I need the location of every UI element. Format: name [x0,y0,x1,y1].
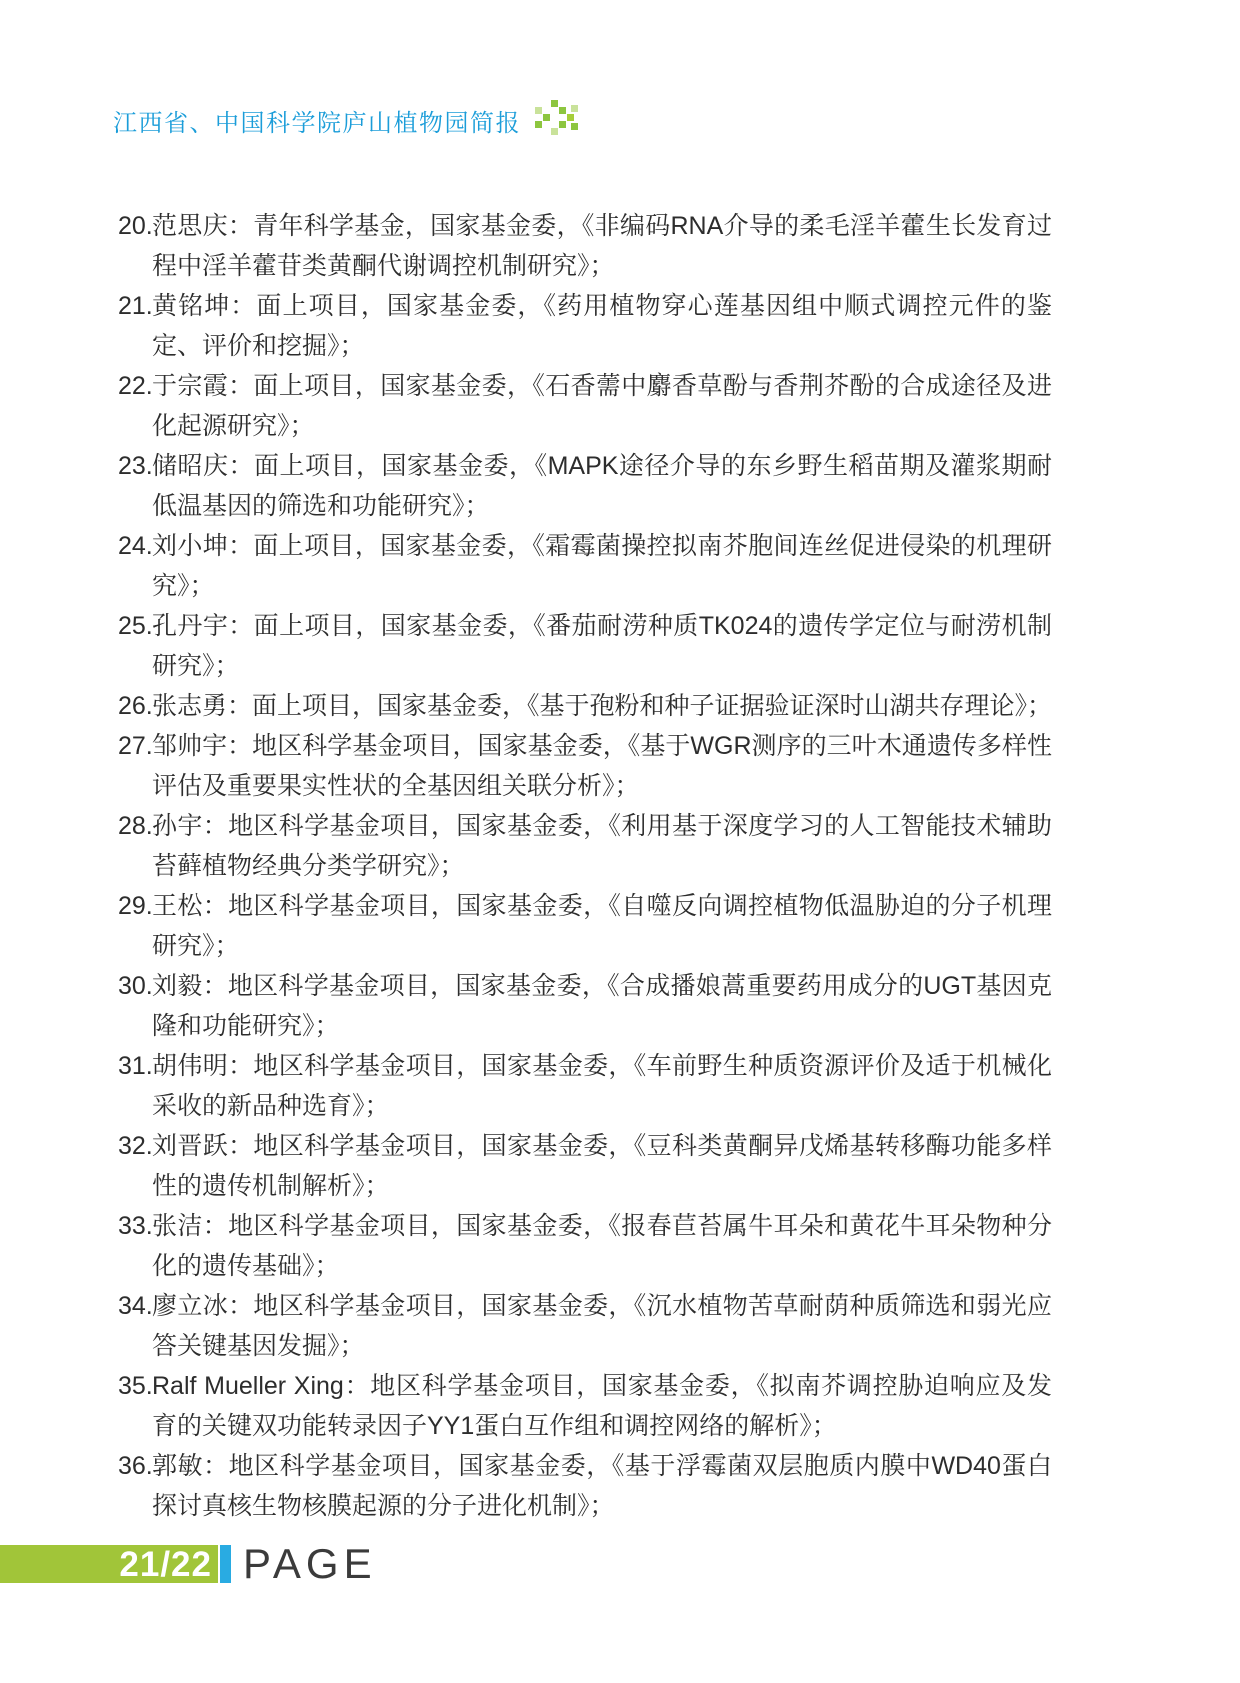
footer-blue-accent [220,1545,231,1583]
list-item: 35.Ralf Mueller Xing：地区科学基金项目，国家基金委，《拟南芥… [118,1366,1052,1446]
list-item: 32.刘晋跃：地区科学基金项目，国家基金委，《豆科类黄酮异戊烯基转移酶功能多样性… [118,1126,1052,1206]
item-text: 张洁：地区科学基金项目，国家基金委，《报春苣苔属牛耳朵和黄花牛耳朵物种分化的遗传… [152,1212,1052,1280]
page-title: 江西省、中国科学院庐山植物园简报 [113,103,521,138]
item-number: 29. [118,886,152,926]
item-number: 25. [118,606,152,646]
item-number: 31. [118,1046,152,1086]
list-item: 36.郭敏：地区科学基金项目，国家基金委，《基于浮霉菌双层胞质内膜中WD40蛋白… [118,1446,1052,1526]
item-text: 于宗霞：面上项目，国家基金委，《石香薷中麝香草酚与香荆芥酚的合成途径及进化起源研… [152,372,1052,440]
list-item: 25.孔丹宇：面上项目，国家基金委，《番茄耐涝种质TK024的遗传学定位与耐涝机… [118,606,1052,686]
item-number: 28. [118,806,152,846]
list-item: 21.黄铭坤：面上项目，国家基金委，《药用植物穿心莲基因组中顺式调控元件的鉴定、… [118,286,1052,366]
item-text: 孔丹宇：面上项目，国家基金委，《番茄耐涝种质TK024的遗传学定位与耐涝机制研究… [152,612,1052,680]
item-text: 孙宇：地区科学基金项目，国家基金委，《利用基于深度学习的人工智能技术辅助苔藓植物… [152,812,1052,880]
page-header: 江西省、中国科学院庐山植物园简报 [113,100,579,141]
item-number: 34. [118,1286,152,1326]
item-text: 黄铭坤：面上项目，国家基金委，《药用植物穿心莲基因组中顺式调控元件的鉴定、评价和… [152,292,1052,360]
page-label: PAGE [243,1543,377,1585]
list-item: 27.邹帅宇：地区科学基金项目，国家基金委，《基于WGR测序的三叶木通遗传多样性… [118,726,1052,806]
item-text: 刘小坤：面上项目，国家基金委，《霜霉菌操控拟南芥胞间连丝促进侵染的机理研究》； [152,532,1052,600]
footer-green-bar: 21/22 [0,1545,218,1583]
pixel-double-chevron-icon [535,100,579,141]
item-number: 30. [118,966,152,1006]
list-item: 20.范思庆：青年科学基金，国家基金委，《非编码RNA介导的柔毛淫羊藿生长发育过… [118,206,1052,286]
list-item: 22.于宗霞：面上项目，国家基金委，《石香薷中麝香草酚与香荆芥酚的合成途径及进化… [118,366,1052,446]
item-text: 刘毅：地区科学基金项目，国家基金委，《合成播娘蒿重要药用成分的UGT基因克隆和功… [152,972,1052,1040]
item-text: 邹帅宇：地区科学基金项目，国家基金委，《基于WGR测序的三叶木通遗传多样性评估及… [152,732,1052,800]
list-item: 24.刘小坤：面上项目，国家基金委，《霜霉菌操控拟南芥胞间连丝促进侵染的机理研究… [118,526,1052,606]
item-text: 张志勇：面上项目，国家基金委，《基于孢粉和种子证据验证深时山湖共存理论》； [152,692,1052,720]
item-text: 廖立冰：地区科学基金项目，国家基金委，《沉水植物苦草耐荫种质筛选和弱光应答关键基… [152,1292,1052,1360]
item-text: 胡伟明：地区科学基金项目，国家基金委，《车前野生种质资源评价及适于机械化采收的新… [152,1052,1052,1120]
item-number: 27. [118,726,152,766]
item-number: 26. [118,686,152,726]
item-text: 储昭庆：面上项目，国家基金委，《MAPK途径介导的东乡野生稻苗期及灌浆期耐低温基… [152,452,1052,520]
item-number: 20. [118,206,152,246]
item-text: Ralf Mueller Xing：地区科学基金项目，国家基金委，《拟南芥调控胁… [152,1372,1052,1440]
item-number: 24. [118,526,152,566]
item-number: 35. [118,1366,152,1406]
item-number: 23. [118,446,152,486]
item-text: 范思庆：青年科学基金，国家基金委，《非编码RNA介导的柔毛淫羊藿生长发育过程中淫… [152,212,1052,280]
list-item: 31.胡伟明：地区科学基金项目，国家基金委，《车前野生种质资源评价及适于机械化采… [118,1046,1052,1126]
item-number: 36. [118,1446,152,1486]
page-footer: 21/22 PAGE [0,1545,377,1583]
item-number: 32. [118,1126,152,1166]
item-text: 郭敏：地区科学基金项目，国家基金委，《基于浮霉菌双层胞质内膜中WD40蛋白探讨真… [152,1452,1052,1520]
item-text: 刘晋跃：地区科学基金项目，国家基金委，《豆科类黄酮异戊烯基转移酶功能多样性的遗传… [152,1132,1052,1200]
page-number: 21/22 [119,1547,212,1582]
list-item: 29.王松：地区科学基金项目，国家基金委，《自噬反向调控植物低温胁迫的分子机理研… [118,886,1052,966]
list-item: 30.刘毅：地区科学基金项目，国家基金委，《合成播娘蒿重要药用成分的UGT基因克… [118,966,1052,1046]
list-item: 26.张志勇：面上项目，国家基金委，《基于孢粉和种子证据验证深时山湖共存理论》； [118,686,1052,726]
item-number: 21. [118,286,152,326]
item-number: 22. [118,366,152,406]
item-text: 王松：地区科学基金项目，国家基金委，《自噬反向调控植物低温胁迫的分子机理研究》； [152,892,1052,960]
grant-list: 20.范思庆：青年科学基金，国家基金委，《非编码RNA介导的柔毛淫羊藿生长发育过… [118,206,1052,1526]
list-item: 23.储昭庆：面上项目，国家基金委，《MAPK途径介导的东乡野生稻苗期及灌浆期耐… [118,446,1052,526]
list-item: 33.张洁：地区科学基金项目，国家基金委，《报春苣苔属牛耳朵和黄花牛耳朵物种分化… [118,1206,1052,1286]
bulletin-page: 江西省、中国科学院庐山植物园简报 20.范思庆：青年科学基金，国家基金委，《非编… [0,0,1240,1683]
list-item: 34.廖立冰：地区科学基金项目，国家基金委，《沉水植物苦草耐荫种质筛选和弱光应答… [118,1286,1052,1366]
list-item: 28.孙宇：地区科学基金项目，国家基金委，《利用基于深度学习的人工智能技术辅助苔… [118,806,1052,886]
item-number: 33. [118,1206,152,1246]
